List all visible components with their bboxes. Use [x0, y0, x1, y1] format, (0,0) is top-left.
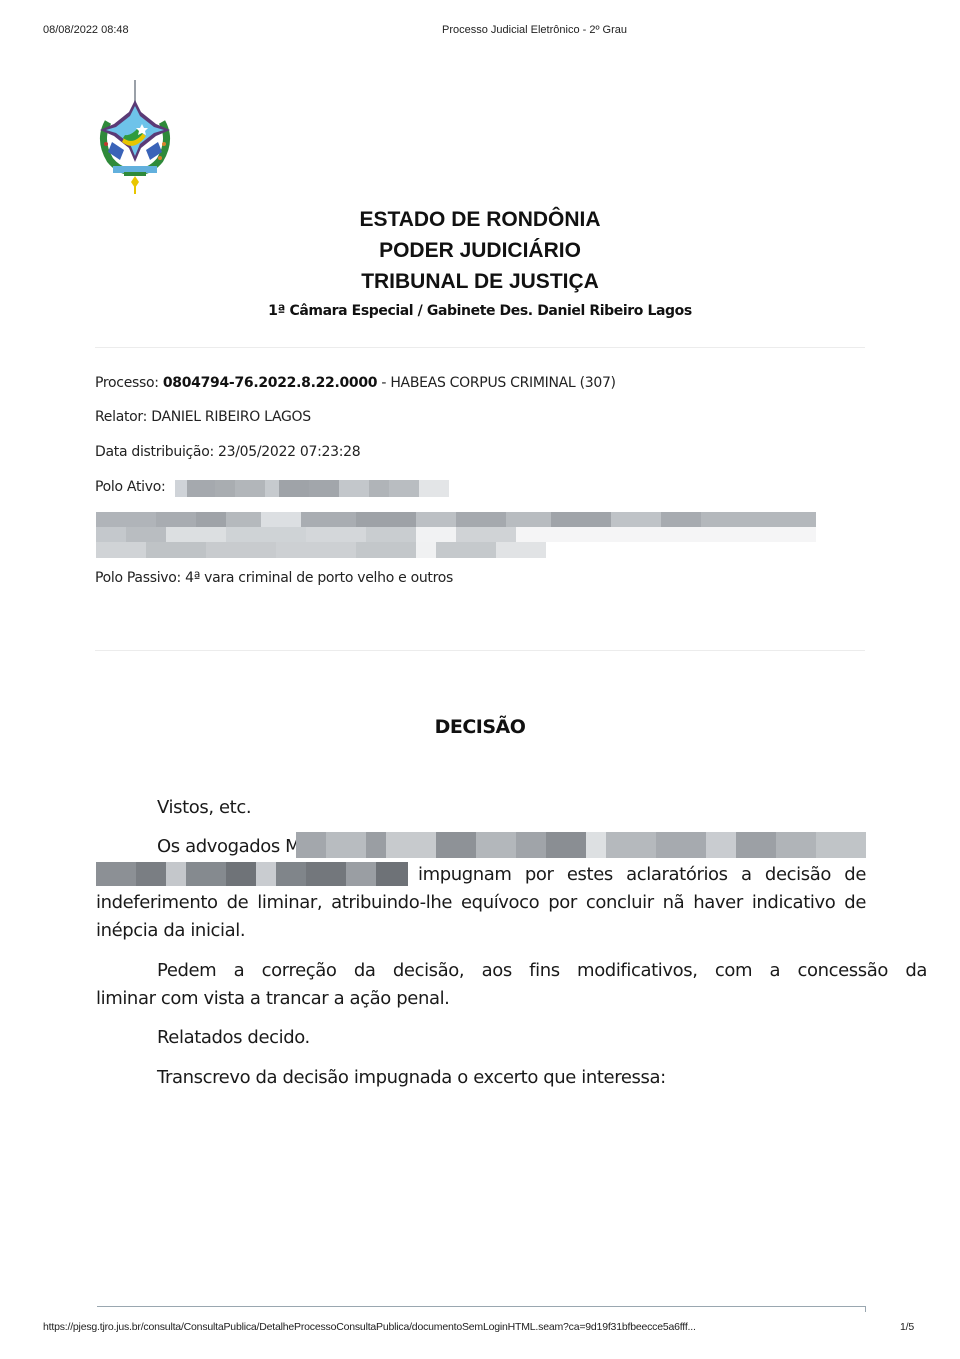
polo-passivo-line: Polo Passivo: 4ª vara criminal de porto …	[95, 570, 453, 586]
process-number-line: Processo: 0804794-76.2022.8.22.0000 - HA…	[95, 375, 616, 391]
header-power: PODER JUDICIÁRIO	[0, 239, 960, 263]
header-state: ESTADO DE RONDÔNIA	[0, 208, 960, 232]
header-court: TRIBUNAL DE JUSTIÇA	[0, 270, 960, 294]
paragraph-vistos: Vistos, etc.	[96, 794, 927, 822]
relator-line: Relator: DANIEL RIBEIRO LAGOS	[95, 409, 311, 425]
paragraph-advogados-line4: inépcia da inicial.	[96, 917, 866, 945]
divider	[95, 650, 865, 651]
paragraph-relatados: Relatados decido.	[96, 1024, 927, 1052]
process-number: 0804794-76.2022.8.22.0000	[163, 375, 377, 391]
redacted-lawyer-names	[296, 832, 866, 858]
paragraph-pedem-line1: Pedem a correção da decisão, aos fins mo…	[96, 957, 927, 985]
coat-of-arms-rondonia-icon	[94, 78, 176, 196]
redacted-polo-ativo-continued	[96, 512, 816, 527]
redacted-lawyer-names-continued	[96, 862, 408, 886]
redacted-polo-ativo-continued	[96, 527, 816, 542]
paragraph-text: Os advogados M	[157, 836, 300, 857]
paragraph-advogados-line2: impugnam por estes aclaratórios a decisã…	[418, 861, 866, 889]
redacted-polo-ativo-continued	[96, 542, 546, 558]
header-chamber: 1ª Câmara Especial / Gabinete Des. Danie…	[0, 303, 960, 319]
print-header: 08/08/2022 08:48 Processo Judicial Eletr…	[0, 24, 960, 38]
paragraph-transcrevo: Transcrevo da decisão impugnada o excert…	[96, 1064, 927, 1092]
paragraph-advogados-line3: indeferimento de liminar, atribuindo-lhe…	[96, 889, 866, 917]
polo-ativo-line: Polo Ativo:	[95, 479, 165, 495]
process-class: - HABEAS CORPUS CRIMINAL (307)	[377, 375, 615, 391]
paragraph-pedem-line2: liminar com vista a trancar a ação penal…	[96, 985, 866, 1013]
redacted-polo-ativo	[175, 480, 463, 497]
distribution-date-line: Data distribuição: 23/05/2022 07:23:28	[95, 444, 360, 460]
decision-title: DECISÃO	[0, 716, 960, 738]
divider	[95, 347, 865, 348]
print-datetime: 08/08/2022 08:48	[43, 24, 129, 36]
polo-ativo-label: Polo Ativo:	[95, 479, 165, 495]
print-page-title: Processo Judicial Eletrônico - 2º Grau	[442, 24, 627, 36]
process-label: Processo:	[95, 375, 163, 391]
print-url: https://pjesg.tjro.jus.br/consulta/Consu…	[43, 1321, 696, 1333]
page-number: 1/5	[900, 1321, 914, 1333]
footer-divider	[97, 1306, 866, 1307]
